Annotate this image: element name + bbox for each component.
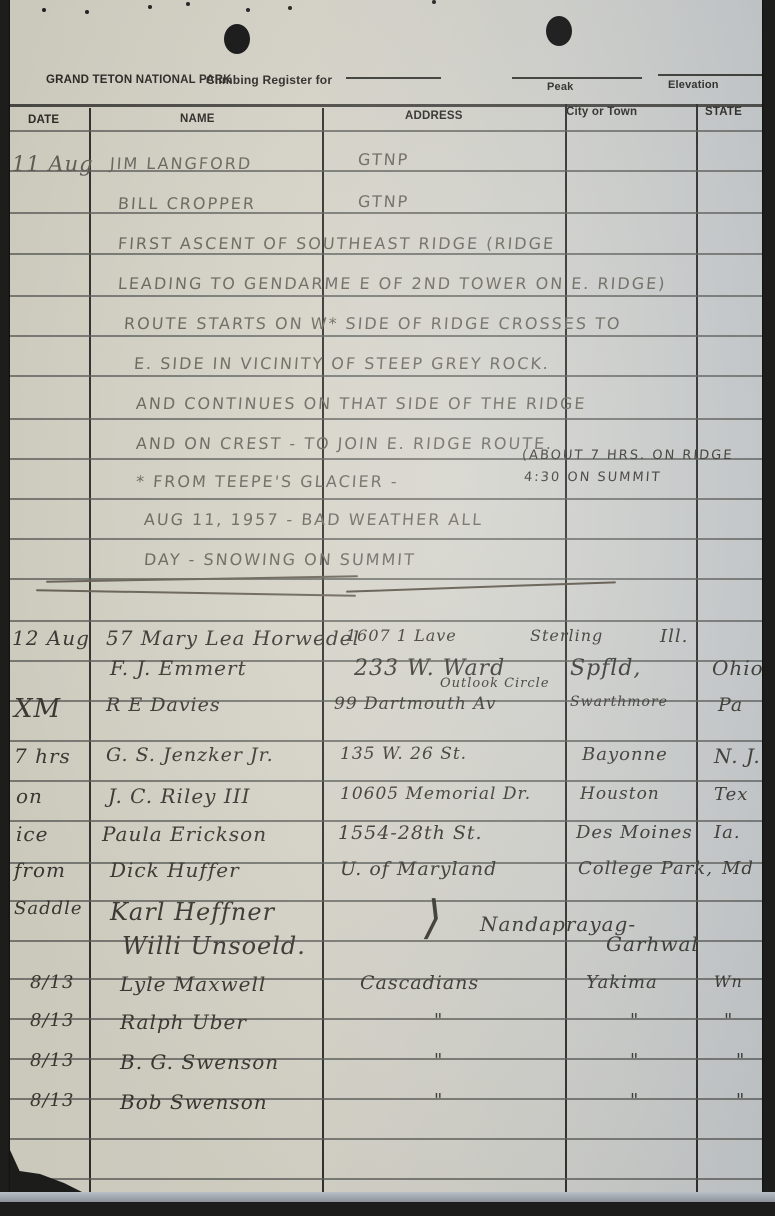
speck bbox=[85, 10, 89, 14]
col-header-date: DATE bbox=[28, 114, 59, 126]
entry-city: Des Moines bbox=[576, 822, 693, 843]
entry-state: Tex bbox=[714, 784, 748, 805]
entry-city: Houston bbox=[580, 784, 660, 804]
elevation-field-line-b bbox=[658, 74, 762, 76]
entry-state: " bbox=[736, 1090, 745, 1111]
entry-address: 135 W. 26 St. bbox=[340, 744, 467, 764]
speck bbox=[288, 6, 292, 10]
table-top-rule bbox=[10, 104, 762, 107]
col-header-address: ADDRESS bbox=[405, 110, 463, 122]
entry-date: 8/13 bbox=[30, 1050, 74, 1071]
punch-hole-left bbox=[224, 24, 250, 54]
register-label: Climbing Register for bbox=[206, 73, 332, 87]
entry1-note-5: AND CONTINUES ON THAT SIDE OF THE RIDGE bbox=[135, 394, 587, 413]
entry-name: Ralph Uber bbox=[120, 1010, 247, 1034]
entry-name: Paula Erickson bbox=[102, 822, 267, 846]
entry-address: " bbox=[434, 1010, 443, 1031]
entry1-note-9: DAY - SNOWING ON SUMMIT bbox=[143, 550, 416, 569]
entry-date: Saddle bbox=[14, 898, 83, 919]
entry-separator-scribble-3 bbox=[346, 581, 616, 592]
entry-name: F. J. Emmert bbox=[110, 656, 247, 680]
speck bbox=[148, 5, 152, 9]
entry-city: " bbox=[630, 1050, 639, 1071]
ruled-line bbox=[10, 780, 762, 782]
ruled-line bbox=[10, 418, 762, 420]
peak-label: Peak bbox=[547, 81, 574, 93]
ruled-line bbox=[10, 375, 762, 377]
entry-address-note: Outlook Circle bbox=[440, 676, 550, 691]
entry-date: ice bbox=[16, 822, 48, 846]
ruled-line bbox=[10, 498, 762, 500]
entry-name: G. S. Jenzker Jr. bbox=[106, 744, 274, 766]
speck bbox=[246, 8, 250, 12]
entry-date: 7 hrs bbox=[14, 744, 71, 768]
col-divider-4 bbox=[696, 104, 698, 1192]
park-name: GRAND TETON NATIONAL PARK bbox=[46, 74, 232, 86]
entry-date: XM bbox=[14, 694, 61, 724]
entry1-name-1: JIM LANGFORD bbox=[109, 154, 252, 173]
entry-address: " bbox=[434, 1090, 443, 1111]
entry-name: B. G. Swenson bbox=[120, 1050, 279, 1074]
col-header-state: STATE bbox=[705, 106, 742, 118]
entry-name: 57 Mary Lea Horwedel bbox=[106, 626, 360, 650]
entry-city: Yakima bbox=[586, 972, 658, 993]
arrow-icon: ⟩ bbox=[424, 890, 443, 944]
ruled-line bbox=[10, 620, 762, 622]
frame-edge bbox=[0, 1192, 775, 1202]
ruled-line bbox=[10, 295, 762, 297]
entry-city: Spfld, bbox=[570, 656, 641, 681]
register-sheet: GRAND TETON NATIONAL PARK Climbing Regis… bbox=[10, 0, 762, 1192]
entry-city: Swarthmore bbox=[570, 694, 668, 710]
ruled-line bbox=[10, 335, 762, 337]
ruled-line bbox=[10, 740, 762, 742]
entry1-note-1: FIRST ASCENT OF SOUTHEAST RIDGE (RIDGE bbox=[117, 234, 555, 253]
entry1-note-4: E. SIDE IN VICINITY OF STEEP GREY ROCK. bbox=[133, 354, 550, 373]
entry-name: R E Davies bbox=[106, 694, 221, 716]
col-header-name: NAME bbox=[180, 113, 215, 125]
ruled-line bbox=[10, 130, 762, 132]
col-divider-2 bbox=[322, 108, 324, 1192]
entry1-name-2: BILL CROPPER bbox=[117, 194, 256, 213]
col-divider-1 bbox=[89, 108, 91, 1192]
entry-name: Karl Heffner bbox=[110, 898, 275, 926]
entry-address: " bbox=[434, 1050, 443, 1071]
entry1-note-8: AUG 11, 1957 - BAD WEATHER ALL bbox=[143, 510, 484, 529]
entry-separator-scribble-2 bbox=[36, 589, 356, 597]
entry-state: Wn bbox=[714, 972, 743, 991]
entry-city: " bbox=[630, 1090, 639, 1111]
entry-date: 12 Aug bbox=[12, 626, 90, 650]
speck bbox=[42, 8, 46, 12]
peak-field-line bbox=[346, 77, 441, 79]
entry-date: 8/13 bbox=[30, 972, 74, 993]
entry1-time-note-2: 4:30 ON SUMMIT bbox=[523, 470, 661, 485]
entry-address: 99 Dartmouth Av bbox=[334, 694, 496, 714]
entry-city: College Park, bbox=[578, 858, 713, 879]
entry1-note-2: LEADING TO GENDARME E OF 2ND TOWER ON E.… bbox=[117, 274, 667, 293]
entry-name: Dick Huffer bbox=[110, 858, 240, 882]
entry1-address-2: GTNP bbox=[357, 192, 410, 211]
entry-date: 8/13 bbox=[30, 1090, 74, 1111]
entry-address: 10605 Memorial Dr. bbox=[340, 784, 531, 804]
peak-field-line-b bbox=[512, 77, 642, 79]
col-divider-3 bbox=[565, 104, 567, 1192]
ruled-line bbox=[10, 253, 762, 255]
entry-name: Willi Unsoeld. bbox=[122, 932, 306, 960]
speck bbox=[186, 2, 190, 6]
entry-date: 8/13 bbox=[30, 1010, 74, 1031]
entry-date: on bbox=[16, 784, 43, 808]
torn-corner bbox=[10, 1150, 130, 1192]
entry-state: Md bbox=[722, 858, 754, 879]
col-header-city: City or Town bbox=[566, 106, 637, 118]
entry-name: Lyle Maxwell bbox=[120, 972, 266, 996]
entry-state: " bbox=[736, 1050, 745, 1071]
entry-address: Cascadians bbox=[360, 972, 479, 994]
ruled-line bbox=[10, 1178, 762, 1180]
entry-city: Sterling bbox=[530, 626, 603, 645]
ruled-line bbox=[10, 1138, 762, 1140]
entry1-date: 11 Aug bbox=[12, 152, 94, 176]
entry1-note-7: * FROM TEEPE'S GLACIER - bbox=[135, 472, 399, 491]
entry-address: U. of Maryland bbox=[340, 858, 497, 880]
entry-state: Ill. bbox=[660, 626, 688, 647]
entry-state: Pa bbox=[718, 694, 743, 716]
elevation-label: Elevation bbox=[668, 79, 719, 91]
entry-address: 1554-28th St. bbox=[338, 822, 483, 844]
entry-state: " bbox=[724, 1010, 733, 1031]
entry-date: from bbox=[14, 858, 66, 882]
entry1-note-3: ROUTE STARTS ON W* SIDE OF RIDGE CROSSES… bbox=[123, 314, 622, 333]
speck bbox=[432, 0, 436, 4]
entry-state: Ia. bbox=[714, 822, 741, 843]
entry-state: N. J. bbox=[714, 744, 761, 768]
entry-city: Bayonne bbox=[582, 744, 668, 765]
entry1-address-1: GTNP bbox=[357, 150, 410, 169]
entry-city: Garhwal bbox=[606, 932, 699, 956]
entry1-note-6: AND ON CREST - TO JOIN E. RIDGE ROUTE. bbox=[135, 434, 554, 453]
ruled-line bbox=[10, 538, 762, 540]
entry-address: 1607 1 Lave bbox=[346, 626, 457, 645]
entry1-time-note-1: (ABOUT 7 HRS. ON RIDGE bbox=[521, 448, 734, 463]
entry-city: " bbox=[630, 1010, 639, 1031]
entry-state: Ohio bbox=[712, 656, 762, 680]
entry-name: Bob Swenson bbox=[120, 1090, 268, 1114]
punch-hole-right bbox=[546, 16, 572, 46]
entry-name: J. C. Riley III bbox=[108, 784, 251, 808]
